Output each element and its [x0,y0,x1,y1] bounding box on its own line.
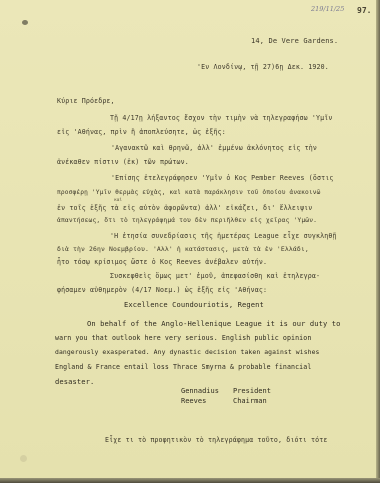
body-line: Συσκεφθεὶς ὅμως μετ' ἐμοῦ, ἀπεφασίσθη κα… [110,272,320,280]
body-line: ἦτο τόσῳ κρίσιμος ὥστε ὁ Κος Reeves ἀνέβ… [57,258,267,266]
telegram-line: desaster. [55,377,94,386]
signature-name: Reeves [181,397,206,405]
signature-title: Chairman [233,397,267,405]
archive-reference: 219/11/25 [311,5,344,13]
telegram-line: On behalf of the Anglo-Hellenique League… [87,319,341,328]
body-line: διὰ τὴν 26ην Νοεμβρίου. 'Αλλ' ἡ κατάστασ… [57,245,309,253]
dateline: 'Εν Λονδίνῳ, τῇ 27)6ῃ Δεκ. 1920. [197,63,329,71]
body-line: ἐν τοῖς ἑξῆς τὰ εἰς αὐτὸν ἀφορῶντα) ἀλλ'… [57,204,312,212]
page-number: 97. [357,6,371,15]
signature-title: President [233,387,271,395]
closing-line: Εἶχε τι τὸ προφητικὸν τὸ τηλεγράφημα τοῦ… [105,436,327,444]
paper-stain [20,455,27,462]
interlinear-insertion: καὶ [114,198,122,203]
telegram-line: warn you that outlook here very serious.… [55,334,311,342]
telegram-addressee: Excellence Coundouriotis, Regent [124,300,264,309]
page-bottom-shadow [0,478,380,483]
body-line: 'Επίσης ἐτελεγράφησεν 'Υμῖν ὁ Κος Pember… [111,174,333,182]
signature-name: Gennadius [181,387,219,395]
sender-address: 14, De Vere Gardens. [251,37,338,45]
body-line: φήσαμεν αὐθημερὸν (4/17 Νοεμ.) ὡς ἑξῆς ε… [57,286,267,294]
body-line: εἰς 'Αθήνας, πρὶν ἢ ἀποπλεύσητε, ὡς ἑξῆς… [57,128,226,136]
body-line: 'Αγανακτῶ καὶ θρηνῶ, ἀλλ' ἐμμένω ἀκλόνητ… [111,144,317,152]
body-line: προσφέρῃ 'Υμῖν θερμὰς εὐχὰς, καὶ κατὰ πα… [57,189,321,196]
telegram-line: England & France entail loss Thrace Smyr… [55,363,311,371]
telegram-line: dangerously exasperated. Any dynastic de… [55,348,319,356]
salutation: Κύριε Πρόεδρε, [57,97,115,105]
page-edge-shadow [376,0,380,483]
body-line: ἀπαντήσεως, ὅτι τὸ τηλεγράφημά του δὲν π… [57,217,317,224]
body-line: Τῇ 4/17ῃ λήξαντος ἔσχον τὴν τιμὴν νὰ τηλ… [110,114,332,122]
punch-hole-mark [22,20,28,25]
body-line: 'Η ἐτησία συνεδρίασις τῆς ἡμετέρας Leagu… [110,232,337,240]
body-line: ἀνέκαθεν πίστιν (ἐκ) τῶν πρώτων. [57,158,189,166]
